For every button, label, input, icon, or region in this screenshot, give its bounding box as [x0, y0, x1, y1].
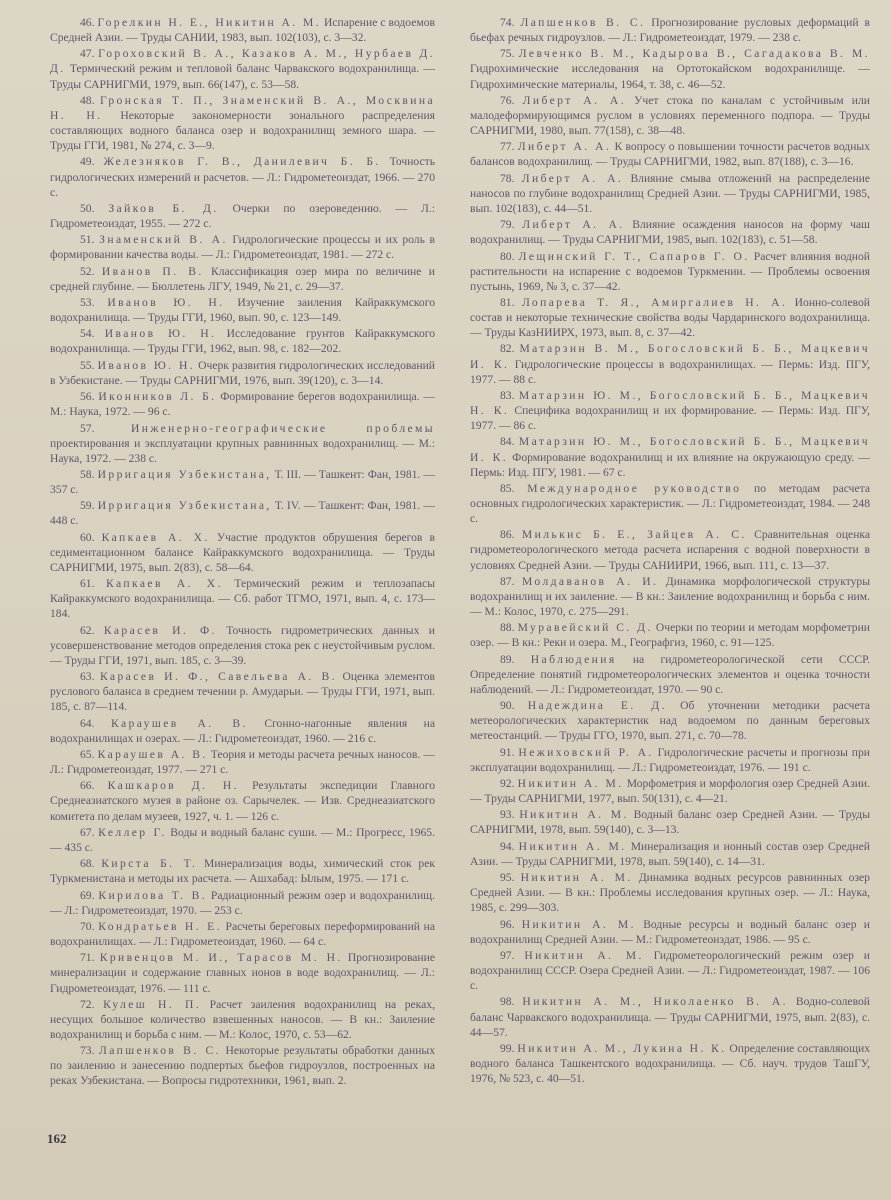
entry-author: Кривенцов М. И., Тарасов М. Н.	[100, 951, 343, 964]
entry-author: Никитин А. М.	[521, 871, 633, 884]
entry-author: Караушев А. В.	[98, 748, 208, 761]
bibliography-entry: 97. Никитин А. М. Гидрометеорологический…	[470, 948, 870, 993]
entry-number: 65.	[80, 748, 95, 761]
entry-author: Международное руководство	[527, 482, 741, 495]
entry-number: 79.	[500, 218, 515, 231]
entry-author: Никитин А. М., Николаенко В. А.	[522, 995, 788, 1008]
bibliography-entry: 90. Надеждина Е. Д. Об уточнении методик…	[470, 698, 870, 743]
entry-author: Милькис Б. Е., Зайцев А. С.	[522, 528, 747, 541]
entry-author: Инженерно-географические проблемы	[131, 422, 435, 435]
entry-number: 61.	[80, 577, 95, 590]
bibliography-entry: 76. Либерт А. А. Учет стока по каналам с…	[470, 93, 870, 138]
bibliography-entry: 59. Ирригация Узбекистана, Т. IV. — Ташк…	[50, 498, 435, 528]
bibliography-entry: 68. Кирста Б. Т. Минерализация воды, хим…	[50, 856, 435, 886]
bibliography-entry: 60. Капкаев А. Х. Участие продуктов обру…	[50, 530, 435, 575]
entry-author: Железняков Г. В., Данилевич Б. Б.	[103, 155, 380, 168]
entry-number: 64.	[80, 717, 95, 730]
entry-author: Либерт А. А.	[522, 172, 623, 185]
bibliography-entry: 72. Кулеш Н. П. Расчет заиления водохран…	[50, 997, 435, 1042]
entry-number: 73.	[80, 1044, 95, 1057]
entry-author: Никитин А. М.	[519, 808, 628, 821]
entry-author: Иконников Л. Б.	[98, 390, 216, 403]
entry-author: Левченко В. М., Кадырова В., Сагадакова …	[519, 47, 870, 60]
bibliography-entry: 71. Кривенцов М. И., Тарасов М. Н. Прогн…	[50, 950, 435, 995]
entry-author: Горелкин Н. Е., Никитин А. М.	[98, 16, 321, 29]
entry-number: 91.	[500, 746, 515, 759]
bibliography-entry: 88. Муравейский С. Д. Очерки по теории и…	[470, 620, 870, 650]
entry-number: 94.	[500, 840, 515, 853]
bibliography-entry: 82. Матарзин В. М., Богословский Б. Б., …	[470, 341, 870, 386]
bibliography-entry: 93. Никитин А. М. Водный баланс озер Сре…	[470, 807, 870, 837]
entry-number: 59.	[80, 499, 95, 512]
bibliography-entry: 86. Милькис Б. Е., Зайцев А. С. Сравните…	[470, 527, 870, 572]
entry-author: Либерт А. А.	[523, 94, 626, 107]
bibliography-entry: 52. Иванов П. В. Классификация озер мира…	[50, 264, 435, 294]
entry-number: 95.	[500, 871, 515, 884]
entry-author: Никитин А. М.	[518, 777, 624, 790]
entry-number: 53.	[80, 296, 95, 309]
entry-text: Гидрологические процессы в водохранилища…	[470, 358, 870, 386]
book-page: 46. Горелкин Н. Е., Никитин А. М. Испаре…	[0, 0, 891, 1200]
entry-author: Кашкаров Д. Н.	[108, 779, 239, 792]
bibliography-entry: 61. Капкаев А. Х. Термический режим и те…	[50, 576, 435, 621]
bibliography-entry: 53. Иванов Ю. Н. Изучение заиления Кайра…	[50, 295, 435, 325]
entry-number: 52.	[80, 265, 95, 278]
bibliography-entry: 96. Никитин А. М. Водные ресурсы и водны…	[470, 917, 870, 947]
entry-number: 60.	[80, 531, 95, 544]
entry-number: 92.	[500, 777, 515, 790]
entry-author: Надеждина Е. Д.	[528, 699, 667, 712]
entry-number: 96.	[500, 918, 515, 931]
entry-author: Капкаев А. Х.	[106, 577, 223, 590]
left-column: 46. Горелкин Н. Е., Никитин А. М. Испаре…	[50, 15, 435, 1090]
entry-number: 50.	[80, 202, 95, 215]
bibliography-entry: 91. Нежиховский Р. А. Гидрологические ра…	[470, 745, 870, 775]
entry-number: 63.	[80, 670, 95, 683]
entry-author: Келлер Г.	[98, 826, 167, 839]
entry-author: Капкаев А. Х.	[102, 531, 210, 544]
entry-author: Иванов Ю. Н.	[105, 327, 217, 340]
entry-author: Лапшенков В. С.	[520, 16, 645, 29]
entry-number: 87.	[500, 575, 515, 588]
entry-text: Некоторые закономерности зонального расп…	[50, 109, 435, 152]
entry-number: 47.	[80, 47, 95, 60]
bibliography-entry: 99. Никитин А. М., Лукина Н. К. Определе…	[470, 1041, 870, 1086]
entry-number: 68.	[80, 857, 95, 870]
entry-author: Карасев И. Ф.	[104, 624, 217, 637]
entry-author: Лещинский Г. Т., Сапаров Г. О.	[519, 250, 750, 263]
bibliography-entry: 79. Либерт А. А. Влияние осаждения нанос…	[470, 217, 870, 247]
entry-author: Никитин А. М.	[522, 918, 636, 931]
entry-number: 55.	[80, 359, 95, 372]
entry-author: Никитин А. М.	[519, 840, 627, 853]
entry-author: Караушев А. В.	[111, 717, 248, 730]
entry-number: 81.	[500, 296, 515, 309]
entry-number: 86.	[500, 528, 515, 541]
entry-number: 76.	[500, 94, 515, 107]
entry-number: 75.	[500, 47, 515, 60]
entry-author: Иванов П. В.	[102, 265, 204, 278]
entry-number: 84.	[500, 435, 515, 448]
entry-number: 98.	[500, 995, 515, 1008]
entry-author: Никитин А. М.	[524, 949, 643, 962]
bibliography-entry: 80. Лещинский Г. Т., Сапаров Г. О. Расче…	[470, 249, 870, 294]
entry-number: 57.	[80, 422, 95, 435]
page-number: 162	[47, 1131, 67, 1147]
entry-number: 71.	[80, 951, 95, 964]
entry-number: 49.	[80, 155, 95, 168]
bibliography-entry: 95. Никитин А. М. Динамика водных ресурс…	[470, 870, 870, 915]
entry-number: 85.	[500, 482, 515, 495]
entry-number: 93.	[500, 808, 515, 821]
entry-number: 51.	[80, 233, 95, 246]
entry-number: 89.	[500, 653, 515, 666]
bibliography-entry: 67. Келлер Г. Воды и водный баланс суши.…	[50, 825, 435, 855]
entry-author: Ирригация Узбекистана,	[98, 468, 272, 481]
bibliography-entry: 62. Карасев И. Ф. Точность гидрометричес…	[50, 623, 435, 668]
entry-number: 99.	[500, 1042, 515, 1055]
entry-number: 90.	[500, 699, 515, 712]
entry-text: Специфика водохранилищ и их формирование…	[470, 404, 870, 432]
entry-number: 69.	[80, 889, 95, 902]
bibliography-entry: 85. Международное руководство по методам…	[470, 481, 870, 526]
entry-number: 83.	[500, 389, 515, 402]
entry-number: 62.	[80, 624, 95, 637]
entry-number: 82.	[500, 342, 515, 355]
entry-number: 77.	[500, 140, 515, 153]
entry-author: Кулеш Н. П.	[103, 998, 201, 1011]
bibliography-entry: 63. Карасев И. Ф., Савельева А. В. Оценк…	[50, 669, 435, 714]
entry-number: 70.	[80, 920, 95, 933]
bibliography-entry: 51. Знаменский В. А. Гидрологические про…	[50, 232, 435, 262]
bibliography-entry: 47. Гороховский В. А., Казаков А. М., Ну…	[50, 46, 435, 91]
bibliography-entry: 64. Караушев А. В. Сгонно-нагонные явлен…	[50, 716, 435, 746]
bibliography-entry: 87. Молдаванов А. И. Динамика морфологич…	[470, 574, 870, 619]
entry-author: Кондратьев Н. Е.	[98, 920, 222, 933]
entry-author: Кирилова Т. В.	[98, 889, 207, 902]
entry-author: Иванов Ю. Н.	[98, 359, 195, 372]
entry-number: 48.	[80, 94, 95, 107]
entry-author: Зайков Б. Д.	[108, 202, 218, 215]
bibliography-entry: 73. Лапшенков В. С. Некоторые результаты…	[50, 1043, 435, 1088]
entry-number: 72.	[80, 998, 95, 1011]
bibliography-entry: 56. Иконников Л. Б. Формирование берегов…	[50, 389, 435, 419]
right-column: 74. Лапшенков В. С. Прогнозирование русл…	[470, 15, 870, 1087]
entry-number: 78.	[500, 172, 515, 185]
bibliography-entry: 84. Матарзин Ю. М., Богословский Б. Б., …	[470, 434, 870, 479]
bibliography-entry: 65. Караушев А. В. Теория и методы расче…	[50, 747, 435, 777]
entry-author: Наблюдения	[531, 653, 617, 666]
bibliography-entry: 46. Горелкин Н. Е., Никитин А. М. Испаре…	[50, 15, 435, 45]
bibliography-entry: 50. Зайков Б. Д. Очерки по озероведению.…	[50, 201, 435, 231]
entry-number: 88.	[500, 621, 515, 634]
bibliography-entry: 94. Никитин А. М. Минерализация и ионный…	[470, 839, 870, 869]
bibliography-entry: 49. Железняков Г. В., Данилевич Б. Б. То…	[50, 154, 435, 199]
entry-author: Молдаванов А. И.	[522, 575, 658, 588]
entry-author: Карасев И. Ф., Савельева А. В.	[100, 670, 337, 683]
bibliography-entry: 81. Лопарева Т. Я., Амиргалиев Н. А. Ион…	[470, 295, 870, 340]
bibliography-entry: 66. Кашкаров Д. Н. Результаты экспедиции…	[50, 778, 435, 823]
entry-number: 80.	[500, 250, 515, 263]
entry-number: 97.	[500, 949, 515, 962]
entry-author: Иванов Ю. Н.	[107, 296, 224, 309]
entry-number: 67.	[80, 826, 95, 839]
entry-text: Гидрохимические исследования на Ортотока…	[470, 62, 870, 90]
entry-number: 46.	[80, 16, 95, 29]
entry-number: 54.	[80, 327, 95, 340]
bibliography-entry: 92. Никитин А. М. Морфометрия и морфолог…	[470, 776, 870, 806]
entry-author: Муравейский С. Д.	[518, 621, 653, 634]
bibliography-entry: 55. Иванов Ю. Н. Очерк развития гидролог…	[50, 358, 435, 388]
bibliography-entry: 78. Либерт А. А. Влияние смыва отложений…	[470, 171, 870, 216]
entry-number: 74.	[500, 16, 515, 29]
entry-number: 58.	[80, 468, 95, 481]
bibliography-entry: 83. Матарзин Ю. М., Богословский Б. Б., …	[470, 388, 870, 433]
entry-author: Либерт А. А.	[522, 218, 624, 231]
entry-author: Кирста Б. Т.	[101, 857, 197, 870]
bibliography-entry: 77. Либерт А. А. К вопросу о повышении т…	[470, 139, 870, 169]
entry-text: Термический режим и тепловой баланс Чарв…	[50, 62, 435, 90]
entry-text: проектирования и эксплуатации крупных ра…	[50, 437, 435, 465]
bibliography-entry: 69. Кирилова Т. В. Радиационный режим оз…	[50, 888, 435, 918]
entry-number: 56.	[80, 390, 95, 403]
bibliography-entry: 70. Кондратьев Н. Е. Расчеты береговых п…	[50, 919, 435, 949]
bibliography-entry: 57. Инженерно-географические проблемы пр…	[50, 421, 435, 466]
entry-author: Либерт А. А.	[518, 140, 612, 153]
entry-author: Нежиховский Р. А.	[518, 746, 653, 759]
entry-author: Лопарева Т. Я., Амиргалиев Н. А.	[522, 296, 787, 309]
bibliography-entry: 74. Лапшенков В. С. Прогнозирование русл…	[470, 15, 870, 45]
bibliography-entry: 48. Гронская Т. П., Знаменский В. А., Мо…	[50, 93, 435, 153]
bibliography-entry: 89. Наблюдения на гидрометеорологической…	[470, 652, 870, 697]
entry-text: Формирование водохранилищ и их влияние н…	[470, 451, 870, 479]
entry-author: Никитин А. М., Лукина Н. К.	[517, 1042, 726, 1055]
bibliography-entry: 98. Никитин А. М., Николаенко В. А. Водн…	[470, 994, 870, 1039]
entry-author: Знаменский В. А.	[99, 233, 228, 246]
entry-author: Лапшенков В. С.	[99, 1044, 221, 1057]
entry-number: 66.	[80, 779, 95, 792]
entry-author: Ирригация Узбекистана,	[98, 499, 272, 512]
bibliography-entry: 58. Ирригация Узбекистана, Т. III. — Таш…	[50, 467, 435, 497]
bibliography-entry: 75. Левченко В. М., Кадырова В., Сагадак…	[470, 46, 870, 91]
bibliography-entry: 54. Иванов Ю. Н. Исследование грунтов Ка…	[50, 326, 435, 356]
